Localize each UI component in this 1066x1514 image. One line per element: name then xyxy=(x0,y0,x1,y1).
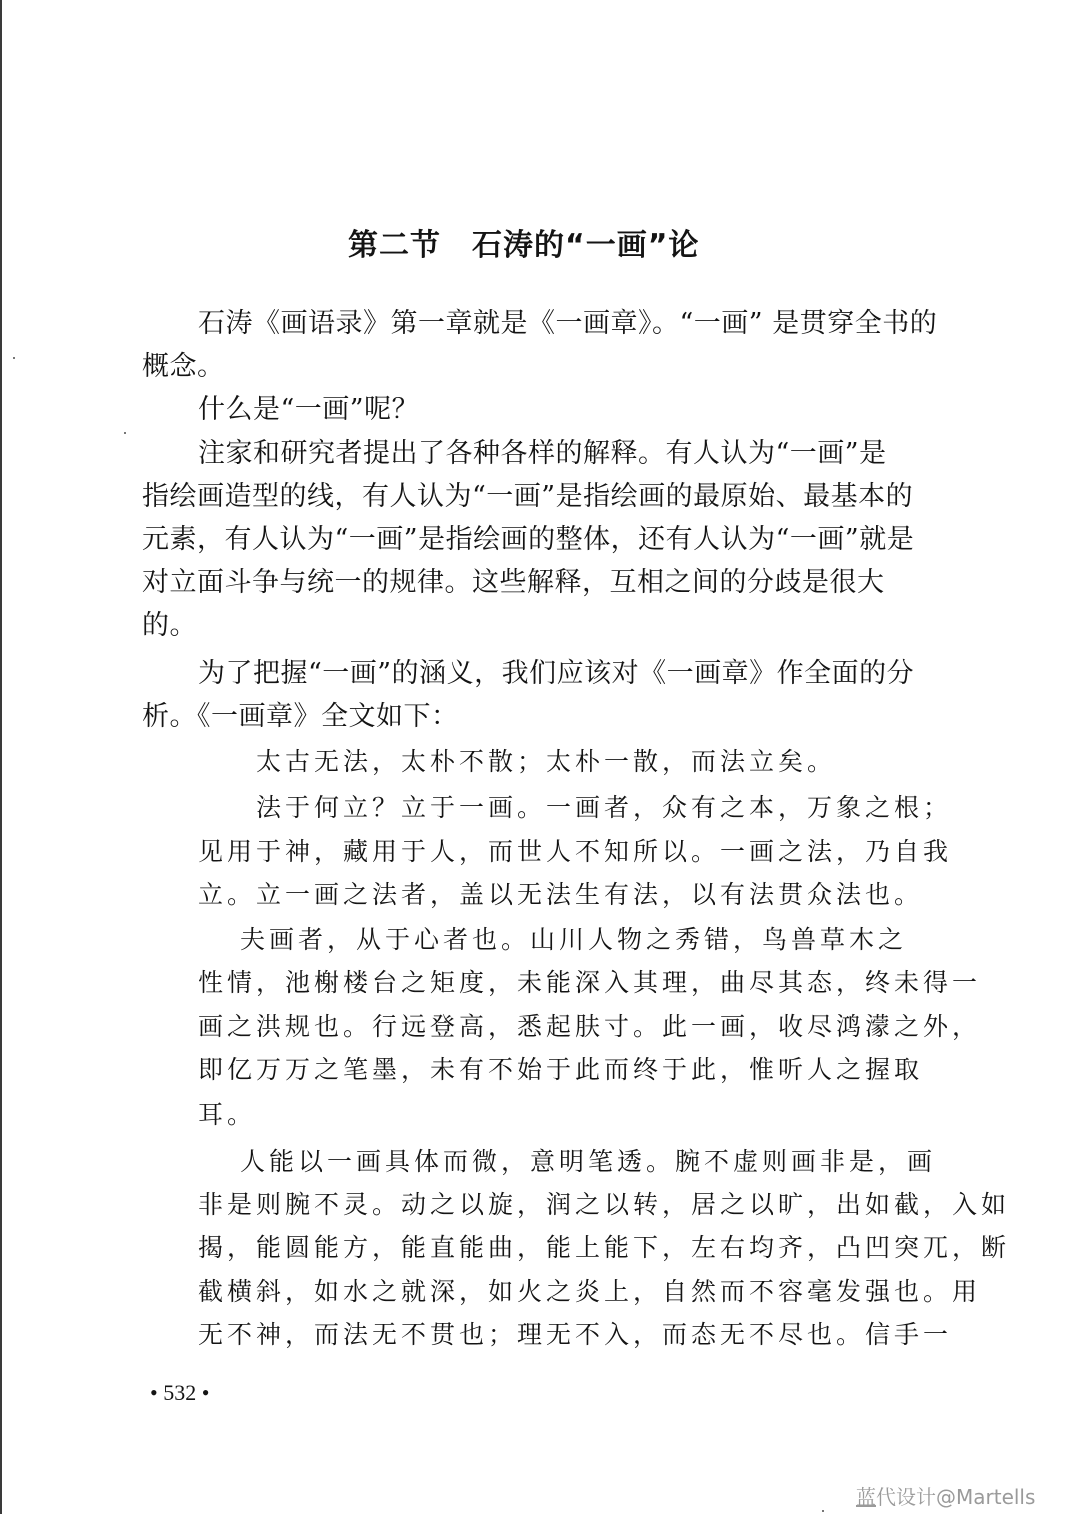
quote-line: 揭，能圆能方，能直能曲，能上能下，左右均齐，凸凹突兀，断 xyxy=(198,1230,1010,1266)
page-number: • 532 • xyxy=(150,1378,209,1408)
text-line: 析。《一画章》全文如下： xyxy=(142,699,459,735)
text-line: 石涛《画语录》第一章就是《一画章》。“一画” 是贯穿全书的 xyxy=(198,306,937,342)
quote-line: 见用于神，藏用于人，而世人不知所以。一画之法，乃自我 xyxy=(198,834,952,870)
text-line: 的。 xyxy=(142,608,197,644)
quote-line: 画之洪规也。行远登高，悉起肤寸。此一画，收尽鸿濛之外， xyxy=(198,1009,981,1045)
quote-line: 性情，池榭楼台之矩度，未能深入其理，曲尽其态，终未得一 xyxy=(198,965,981,1001)
scan-speck xyxy=(13,357,15,359)
text-line: 元素，有人认为“一画”是指绘画的整体，还有人认为“一画”就是 xyxy=(142,522,914,558)
book-page: 第二节 石涛的“一画”论 石涛《画语录》第一章就是《一画章》。“一画” 是贯穿全… xyxy=(0,0,1066,1514)
text-line: 对立面斗争与统一的规律。这些解释，互相之间的分歧是很大 xyxy=(142,565,885,601)
watermark: 蓝代设计@Martells xyxy=(856,1484,1035,1510)
text-line: 什么是“一画”呢？ xyxy=(198,392,419,428)
scan-speck xyxy=(124,432,126,434)
section-title: 第二节 石涛的“一画”论 xyxy=(348,226,718,266)
quote-line: 立。立一画之法者，盖以无法生有法，以有法贯众法也。 xyxy=(198,877,923,913)
quote-line: 法于何立？立于一画。一画者，众有之本，万象之根； xyxy=(256,790,952,826)
scan-speck xyxy=(822,1510,824,1512)
quote-line: 即亿万万之笔墨，未有不始于此而终于此，惟听人之握取 xyxy=(198,1052,923,1088)
text-line: 指绘画造型的线，有人认为“一画”是指绘画的最原始、最基本的 xyxy=(142,479,913,515)
watermark-underlined-char: 蓝 xyxy=(856,1485,876,1509)
quote-line: 人能以一画具体而微，意明笔透。腕不虚则画非是，画 xyxy=(240,1144,936,1180)
quote-line: 非是则腕不灵。动之以旋，润之以转，居之以旷，出如截，入如 xyxy=(198,1187,1010,1223)
text-line: 概念。 xyxy=(142,349,225,385)
quote-line: 太古无法，太朴不散；太朴一散，而法立矣。 xyxy=(256,744,836,780)
quote-line: 截横斜，如水之就深，如火之炎上，自然而不容毫发强也。用 xyxy=(198,1274,981,1310)
quote-line: 耳。 xyxy=(198,1097,256,1133)
text-line: 注家和研究者提出了各种各样的解释。有人认为“一画”是 xyxy=(198,436,887,472)
text-line: 为了把握“一画”的涵义，我们应该对《一画章》作全面的分 xyxy=(198,656,914,692)
quote-line: 夫画者，从于心者也。山川人物之秀错，鸟兽草木之 xyxy=(240,922,907,958)
quote-line: 无不神，而法无不贯也；理无不入，而态无不尽也。信手一 xyxy=(198,1317,952,1353)
watermark-text: 代设计@Martells xyxy=(876,1485,1035,1509)
